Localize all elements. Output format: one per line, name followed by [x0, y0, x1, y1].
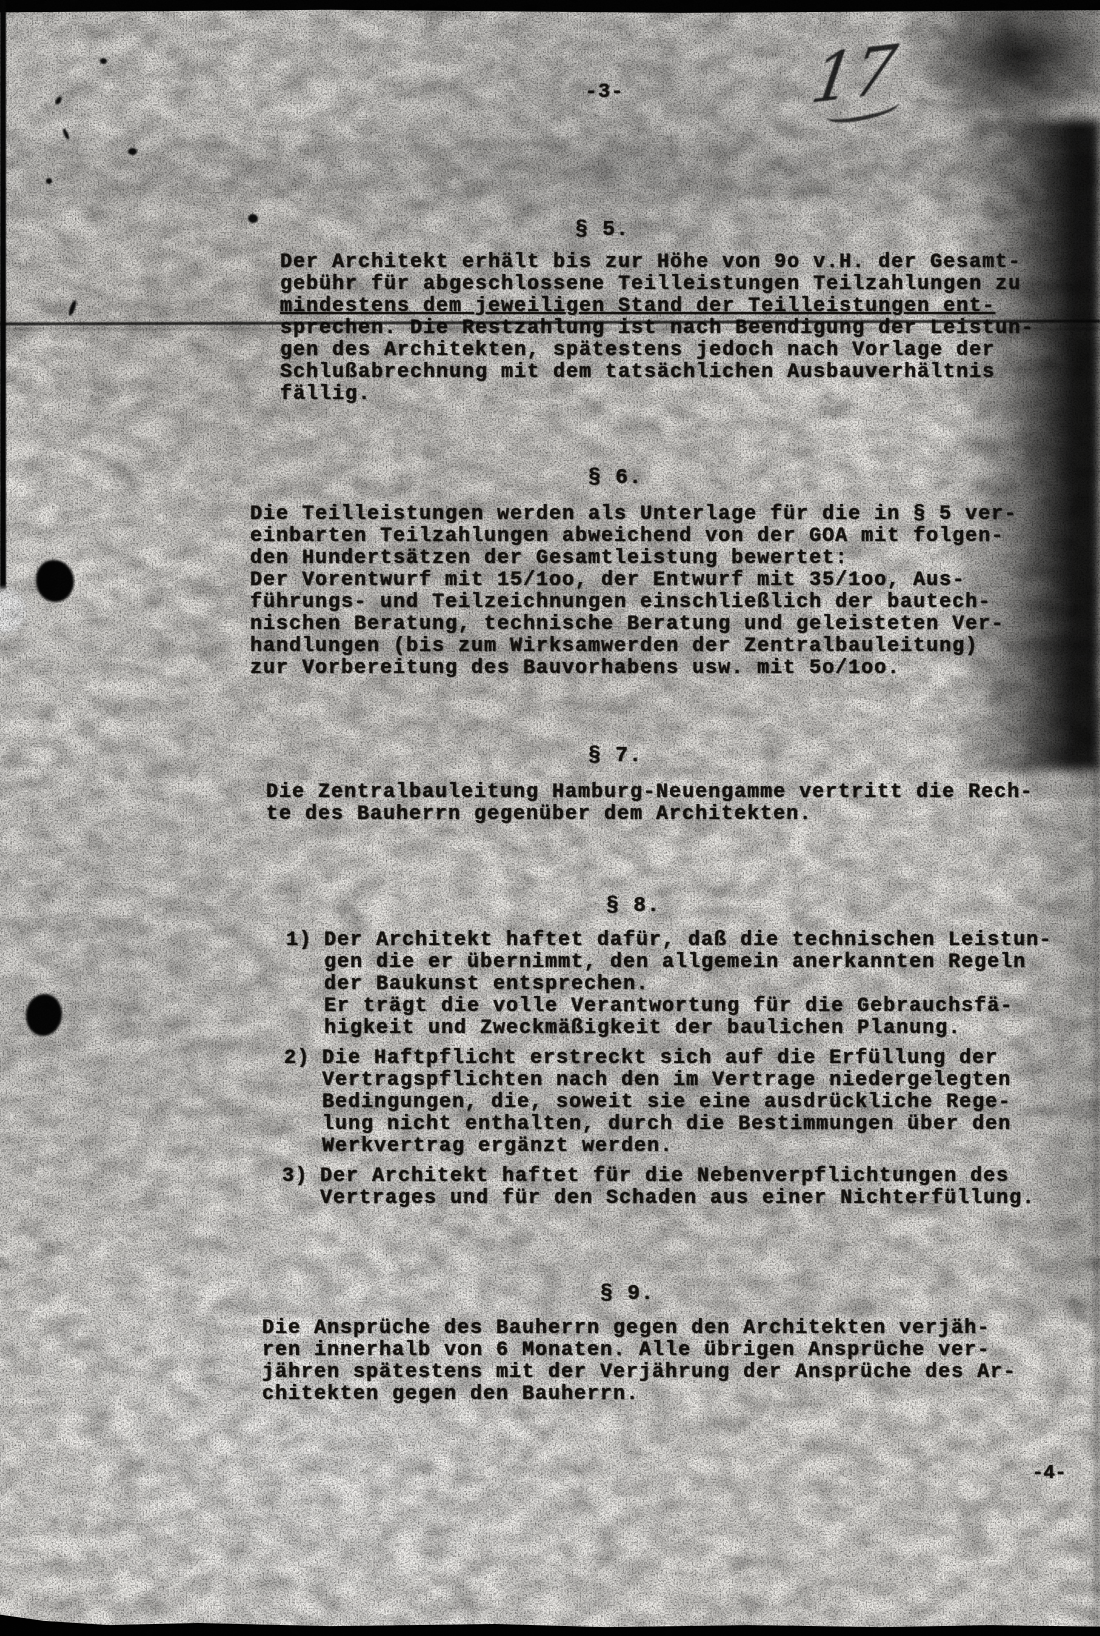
text-line: der Baukunst entsprechen.	[324, 974, 1052, 996]
scan-edge-artifact	[0, 0, 1100, 14]
section-heading: § 7.	[588, 746, 642, 768]
text-line: Die Teilleistungen werden als Unterlage …	[250, 504, 1017, 526]
text-line: einbarten Teilzahlungen abweichend von d…	[250, 526, 1017, 548]
text-line: Die Zentralbauleitung Hamburg-Neuengamme…	[266, 782, 1033, 804]
text-line: den Hundertsätzen der Gesamtleistung bew…	[250, 548, 1017, 570]
scan-speck	[248, 214, 258, 223]
text-line: Der Vorentwurf mit 15/1oo, der Entwurf m…	[250, 570, 1017, 592]
page-number-bottom: -4-	[1032, 1462, 1066, 1484]
scan-dark-edge-artifact	[1000, 760, 1100, 1320]
section-heading: § 9.	[600, 1284, 654, 1306]
list-item-marker: 1)	[286, 930, 312, 952]
hole-punch-mark	[0, 588, 26, 634]
scan-edge-artifact	[0, 0, 6, 600]
section-heading: § 8.	[606, 896, 660, 918]
section-heading: § 6.	[588, 468, 642, 490]
text-line: te des Bauherrn gegenüber dem Architekte…	[266, 804, 1033, 826]
scan-speck	[128, 148, 137, 155]
section-7-paragraph: Die Zentralbauleitung Hamburg-Neuengamme…	[266, 782, 1033, 826]
text-line: führungs- und Teilzeichnungen einschließ…	[250, 592, 1017, 614]
list-item-marker: 2)	[284, 1048, 310, 1070]
text-line: gen die er übernimmt, den allgemein aner…	[324, 952, 1052, 974]
text-line: zur Vorbereitung des Bauvorhabens usw. m…	[250, 658, 1017, 680]
text-line: handlungen (bis zum Wirksamwerden der Ze…	[250, 636, 1017, 658]
section-8-item-1: 1) Der Architekt haftet dafür, daß die t…	[324, 930, 1052, 1040]
scanned-document-page: -3- 17 § 5. Der Architekt erhält bis zur…	[0, 0, 1100, 1636]
text-line: gen des Architekten, spätestens jedoch n…	[280, 340, 1034, 362]
scan-speck	[100, 58, 107, 64]
text-line: jähren spätestens mit der Verjährung der…	[262, 1362, 1016, 1384]
hole-punch-mark	[36, 560, 74, 602]
scan-edge-artifact	[1090, 700, 1100, 1636]
text-line: higkeit und Zweckmäßigkeit der baulichen…	[324, 1018, 1052, 1040]
scan-streak-artifact	[0, 140, 1100, 200]
text-line: chitekten gegen den Bauherrn.	[262, 1384, 1016, 1406]
text-line: sprechen. Die Restzahlung ist nach Beend…	[280, 318, 1034, 340]
list-item-marker: 3)	[282, 1166, 308, 1188]
section-6-paragraph: Die Teilleistungen werden als Unterlage …	[250, 504, 1017, 680]
text-line: Bedingungen, die, soweit sie eine ausdrü…	[322, 1092, 1011, 1114]
text-line: ren innerhalb von 6 Monaten. Alle übrige…	[262, 1340, 1016, 1362]
text-line: Er trägt die volle Verantwortung für die…	[324, 996, 1052, 1018]
text-line: Schlußabrechnung mit dem tatsächlichen A…	[280, 362, 1034, 384]
section-heading: § 5.	[575, 220, 629, 242]
scan-speck	[67, 300, 77, 317]
section-9-paragraph: Die Ansprüche des Bauherrn gegen den Arc…	[262, 1318, 1016, 1406]
text-line: fällig.	[280, 384, 1034, 406]
hole-punch-mark	[26, 994, 62, 1036]
text-line: Der Architekt haftet für die Nebenverpfl…	[320, 1166, 1035, 1188]
section-5-paragraph: Der Architekt erhält bis zur Höhe von 9o…	[280, 252, 1034, 406]
scan-edge-artifact	[0, 1610, 1100, 1636]
text-line: Vertragspflichten nach den im Vertrage n…	[322, 1070, 1011, 1092]
text-line: Vertrages und für den Schaden aus einer …	[320, 1188, 1035, 1210]
text-line: Der Architekt haftet dafür, daß die tech…	[324, 930, 1052, 952]
text-line-underlined: mindestens dem jeweiligen Stand der Teil…	[280, 296, 1034, 318]
text-line: Die Ansprüche des Bauherrn gegen den Arc…	[262, 1318, 1016, 1340]
text-line: nischen Beratung, technische Beratung un…	[250, 614, 1017, 636]
text-line: lung nicht enthalten, durch die Bestimmu…	[322, 1114, 1011, 1136]
text-line: Werkvertrag ergänzt werden.	[322, 1136, 1011, 1158]
section-8-item-2: 2) Die Haftpflicht erstreckt sich auf di…	[322, 1048, 1011, 1158]
text-line: gebühr für abgeschlossene Teilleistungen…	[280, 274, 1034, 296]
scan-speck	[54, 95, 63, 105]
page-number-top: -3-	[585, 82, 624, 104]
scan-dark-corner-artifact	[900, 0, 1100, 150]
scan-speck	[62, 128, 71, 141]
scan-speck	[46, 178, 52, 184]
section-8-item-3: 3) Der Architekt haftet für die Nebenver…	[320, 1166, 1035, 1210]
text-line: Der Architekt erhält bis zur Höhe von 9o…	[280, 252, 1034, 274]
text-line: Die Haftpflicht erstreckt sich auf die E…	[322, 1048, 1011, 1070]
